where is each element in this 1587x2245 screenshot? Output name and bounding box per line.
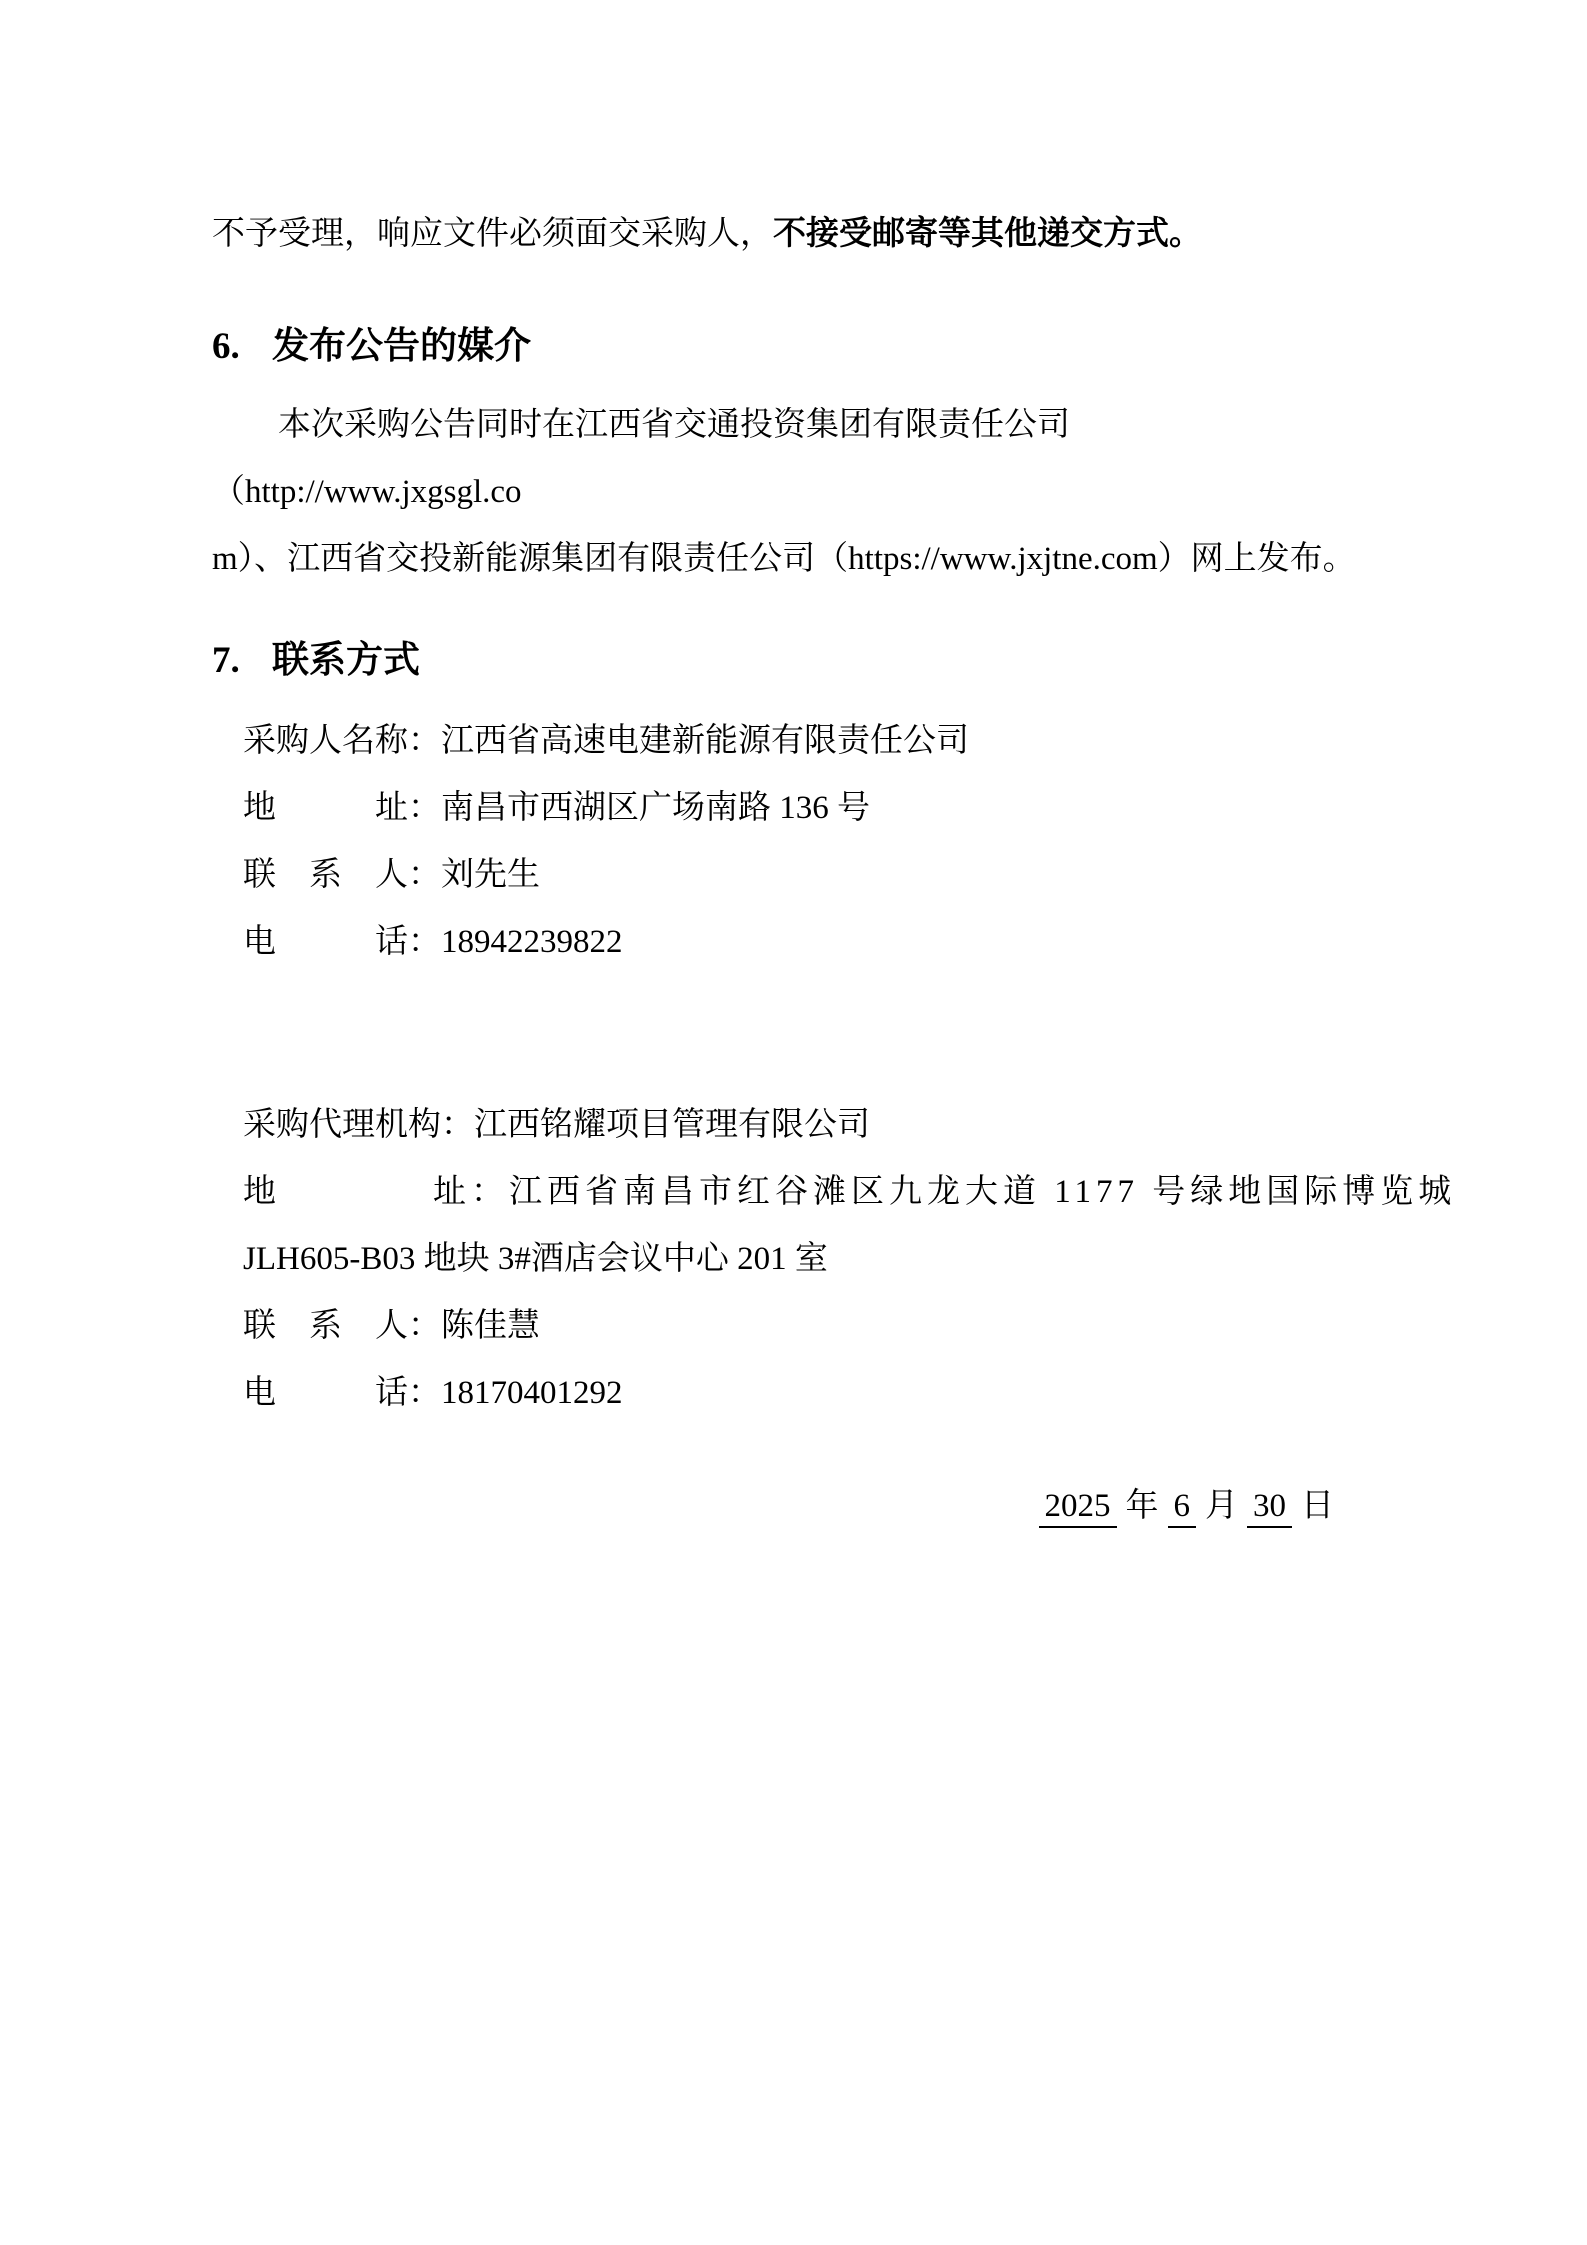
field-label: 电 话： xyxy=(243,1375,441,1411)
date-day: 30 xyxy=(1247,1487,1292,1528)
date-year-unit: 年 xyxy=(1126,1488,1159,1524)
agency-block: 采购代理机构：江西铭耀项目管理有限公司 地 址：江西省南昌市红谷滩区九龙大道 1… xyxy=(212,1092,1375,1427)
field-label: 电 话： xyxy=(243,924,441,960)
date-line: 2025年6月30日 xyxy=(212,1483,1375,1529)
page-content: 不予受理，响应文件必须面交采购人，不接受邮寄等其他递交方式。 6.发布公告的媒介… xyxy=(0,0,1587,1529)
date-month-unit: 月 xyxy=(1205,1488,1238,1524)
section7-number: 7. xyxy=(212,633,272,688)
field-label: 联 系 人： xyxy=(243,857,441,893)
date-month: 6 xyxy=(1168,1487,1197,1528)
purchaser-name-row: 采购人名称：江西省高速电建新能源有限责任公司 xyxy=(243,708,1375,775)
intro-normal-text: 不予受理，响应文件必须面交采购人， xyxy=(212,216,773,252)
field-label: 采购人名称： xyxy=(243,723,441,759)
field-value: 江西省高速电建新能源有限责任公司 xyxy=(441,723,969,759)
document-page: 不予受理，响应文件必须面交采购人，不接受邮寄等其他递交方式。 6.发布公告的媒介… xyxy=(0,0,1587,2245)
field-label: 联 系 人： xyxy=(243,1308,441,1344)
field-value: 江西铭耀项目管理有限公司 xyxy=(474,1107,870,1143)
date-day-unit: 日 xyxy=(1301,1488,1334,1524)
field-value: 18942239822 xyxy=(441,924,623,960)
field-label: 地 址： xyxy=(243,1174,509,1210)
paragraph-line-1: 本次采购公告同时在江西省交通投资集团有限责任公司（http://www.jxgs… xyxy=(212,392,1375,526)
section7-title: 联系方式 xyxy=(272,640,420,681)
field-value: 江西省南昌市红谷滩区九龙大道 1177 号绿地国际博览城 xyxy=(509,1174,1456,1210)
intro-line: 不予受理，响应文件必须面交采购人，不接受邮寄等其他递交方式。 xyxy=(212,211,1375,257)
section6-number: 6. xyxy=(212,319,272,374)
purchaser-phone-row: 电 话：18942239822 xyxy=(243,909,1375,976)
section6-paragraph: 本次采购公告同时在江西省交通投资集团有限责任公司（http://www.jxgs… xyxy=(212,392,1375,593)
agency-name-row: 采购代理机构：江西铭耀项目管理有限公司 xyxy=(243,1092,1375,1159)
field-value: 刘先生 xyxy=(441,857,540,893)
section6-title: 发布公告的媒介 xyxy=(272,326,531,367)
purchaser-address-row: 地 址：南昌市西湖区广场南路 136 号 xyxy=(243,775,1375,842)
purchaser-block: 采购人名称：江西省高速电建新能源有限责任公司 地 址：南昌市西湖区广场南路 13… xyxy=(212,708,1375,976)
agency-contact-row: 联 系 人：陈佳慧 xyxy=(243,1293,1375,1360)
date-year: 2025 xyxy=(1039,1487,1117,1528)
paragraph-line-2: m）、江西省交投新能源集团有限责任公司（https://www.jxjtne.c… xyxy=(212,526,1375,593)
agency-phone-row: 电 话：18170401292 xyxy=(243,1360,1375,1427)
agency-address-row: 地 址：江西省南昌市红谷滩区九龙大道 1177 号绿地国际博览城 xyxy=(243,1159,1375,1226)
section6-heading: 6.发布公告的媒介 xyxy=(212,319,1375,374)
section7-heading: 7.联系方式 xyxy=(212,633,1375,688)
field-label: 地 址： xyxy=(243,790,441,826)
field-value: 南昌市西湖区广场南路 136 号 xyxy=(441,790,870,826)
field-label: 采购代理机构： xyxy=(243,1107,474,1143)
field-value: 18170401292 xyxy=(441,1375,623,1411)
agency-address-wrap-line: JLH605-B03 地块 3#酒店会议中心 201 室 xyxy=(243,1226,1375,1293)
field-value: 陈佳慧 xyxy=(441,1308,540,1344)
purchaser-contact-row: 联 系 人：刘先生 xyxy=(243,842,1375,909)
intro-bold-text: 不接受邮寄等其他递交方式。 xyxy=(773,216,1202,252)
